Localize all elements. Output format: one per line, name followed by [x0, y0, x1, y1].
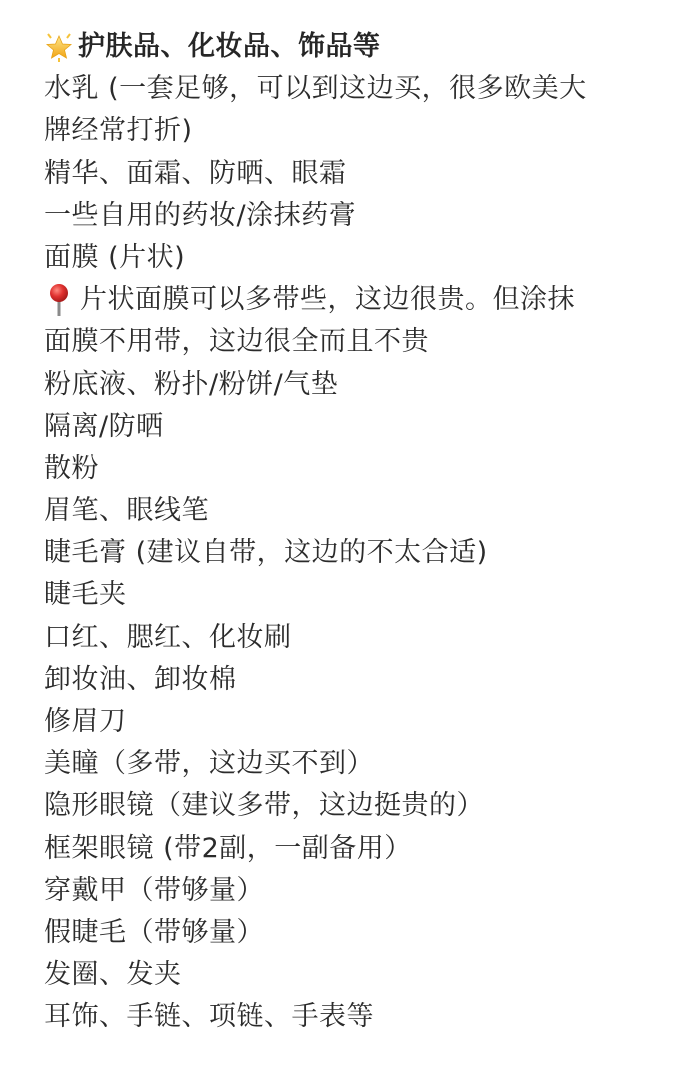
list-item: 耳饰、手链、项链、手表等	[44, 996, 654, 1038]
list-item: 假睫毛（带够量）	[44, 912, 654, 954]
glowing-star-icon	[44, 31, 74, 63]
list-item: 口红、腮红、化妆刷	[44, 617, 654, 659]
list-item: 精华、面霜、防晒、眼霜	[44, 153, 654, 195]
list-item: 卸妆油、卸妆棉	[44, 659, 654, 701]
list-item: 隐形眼镜（建议多带，这边挺贵的）	[44, 785, 654, 827]
round-pushpin-icon	[44, 283, 74, 317]
list-item: 睫毛夹	[44, 574, 654, 616]
list-item: 牌经常打折)	[44, 110, 654, 152]
list-item: 面膜 (片状)	[44, 237, 654, 279]
list-item: 面膜不用带，这边很全而且不贵	[44, 321, 654, 363]
list-item: 隔离/防晒	[44, 406, 654, 448]
list-item: 水乳 (一套足够，可以到这边买，很多欧美大	[44, 68, 654, 110]
note-text: 片状面膜可以多带些，这边很贵。但涂抹	[80, 279, 575, 321]
list-item: 睫毛膏 (建议自带，这边的不太合适)	[44, 532, 654, 574]
section-title-text: 护肤品、化妆品、饰品等	[78, 26, 381, 68]
document: 护肤品、化妆品、饰品等 水乳 (一套足够，可以到这边买，很多欧美大 牌经常打折)…	[44, 26, 654, 1039]
note-item: 片状面膜可以多带些，这边很贵。但涂抹	[44, 279, 654, 321]
list-item: 修眉刀	[44, 701, 654, 743]
list-item: 粉底液、粉扑/粉饼/气垫	[44, 364, 654, 406]
list-item: 框架眼镜 (带2副，一副备用）	[44, 828, 654, 870]
section-title: 护肤品、化妆品、饰品等	[44, 26, 654, 68]
list-item: 发圈、发夹	[44, 954, 654, 996]
list-item: 美瞳（多带，这边买不到）	[44, 743, 654, 785]
list-item: 散粉	[44, 448, 654, 490]
list-item: 眉笔、眼线笔	[44, 490, 654, 532]
list-item: 穿戴甲（带够量）	[44, 870, 654, 912]
list-item: 一些自用的药妆/涂抹药膏	[44, 195, 654, 237]
